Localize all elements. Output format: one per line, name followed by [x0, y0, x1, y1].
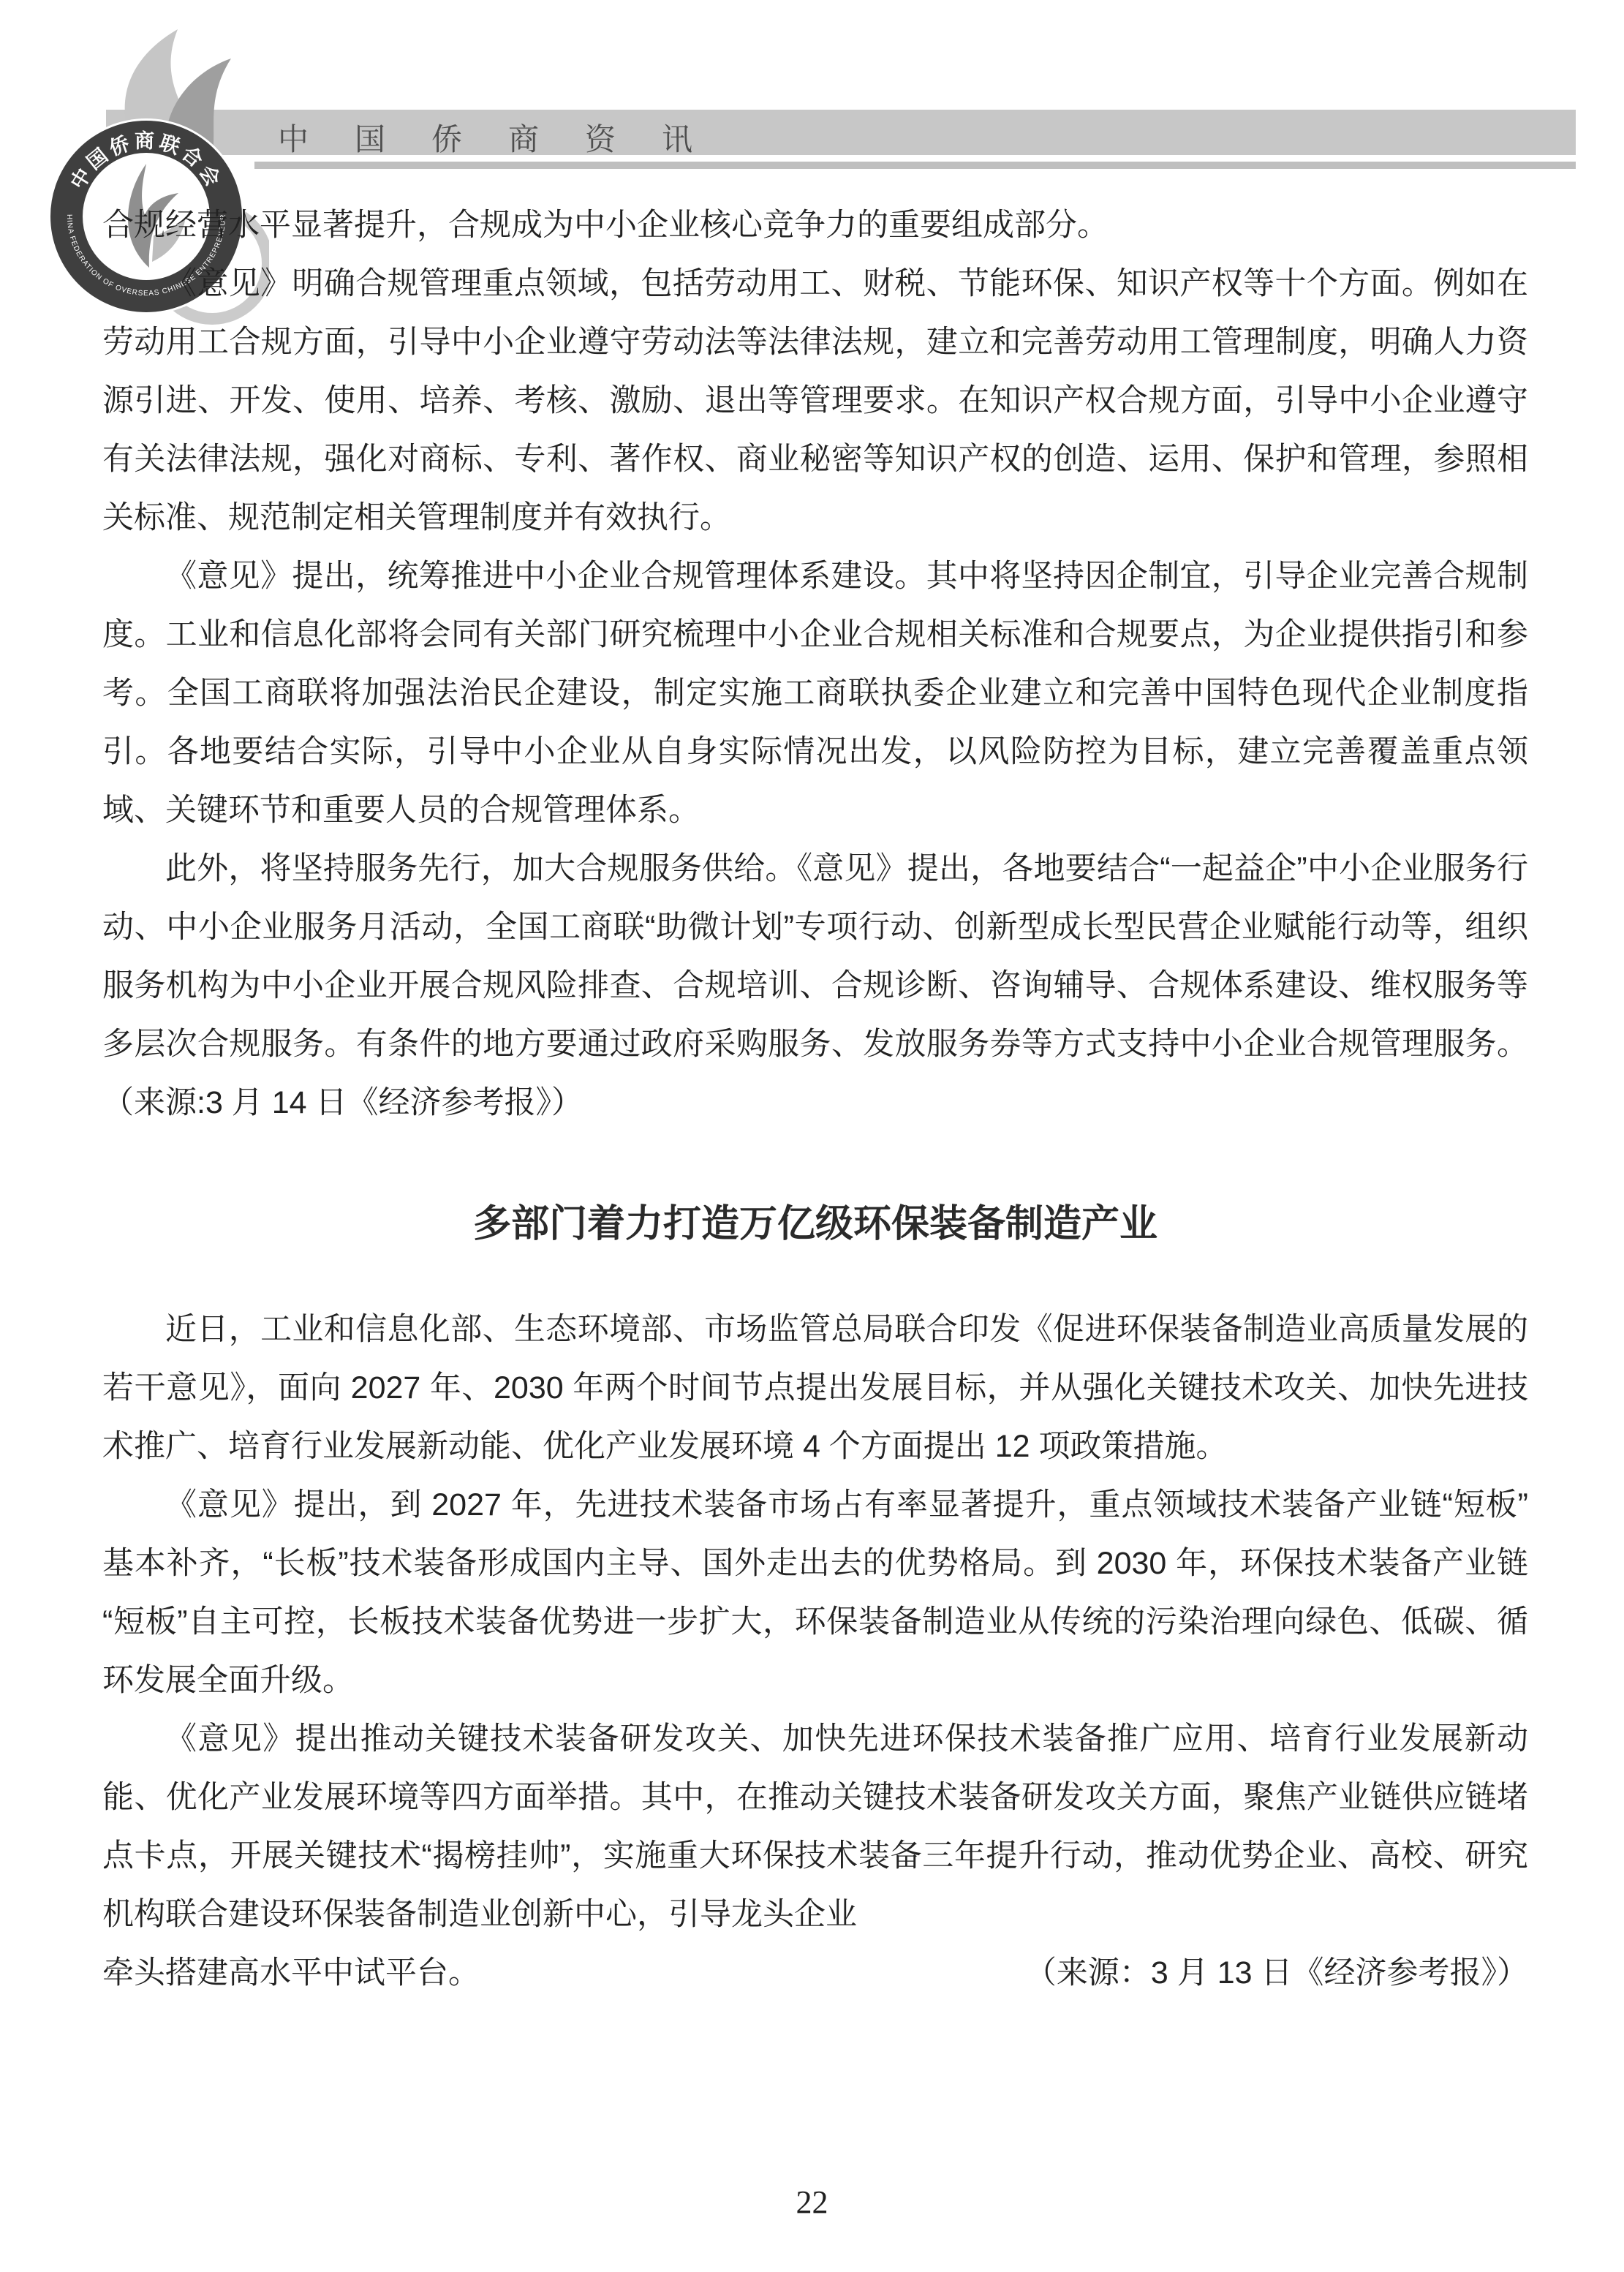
banner-title: 中国侨商资讯 [278, 116, 739, 159]
article2-paragraph: 《意见》提出，到 2027 年，先进技术装备市场占有率显著提升，重点领域技术装备… [102, 1476, 1528, 1710]
article2-last-line: 牵头搭建高水平中试平台。 （来源：3 月 13 日《经济参考报》） [102, 1944, 1528, 2002]
article2-paragraph: 近日，工业和信息化部、生态环境部、市场监管总局联合印发《促进环保装备制造业高质量… [102, 1300, 1528, 1476]
document-page: 中国侨商资讯 中国侨商联合会 CHINA FEDERATION OF OVERS… [0, 0, 1624, 2272]
article2-last-sentence: 牵头搭建高水平中试平台。 [102, 1944, 480, 2002]
header-banner: 中国侨商资讯 [106, 110, 1576, 155]
article1-paragraph: 《意见》提出，统筹推进中小企业合规管理体系建设。其中将坚持因企制宜，引导企业完善… [102, 547, 1528, 839]
header-divider [254, 162, 1576, 169]
article2-paragraph: 《意见》提出推动关键技术装备研发攻关、加快先进环保技术装备推广应用、培育行业发展… [102, 1710, 1528, 1944]
page-number: 22 [0, 2184, 1624, 2221]
page-content: 合规经营水平显著提升，合规成为中小企业核心竞争力的重要组成部分。 《意见》明确合… [102, 196, 1528, 2002]
article1-paragraph: 此外，将坚持服务先行，加大合规服务供给。《意见》提出，各地要结合“一起益企”中小… [102, 839, 1528, 1132]
article2-source: （来源：3 月 13 日《经济参考报》） [1025, 1944, 1528, 2002]
article1-paragraph-continued: 合规经营水平显著提升，合规成为中小企业核心竞争力的重要组成部分。 [102, 196, 1528, 254]
article1-paragraph: 《意见》明确合规管理重点领域，包括劳动用工、财税、节能环保、知识产权等十个方面。… [102, 254, 1528, 547]
article2-title: 多部门着力打造万亿级环保装备制造产业 [102, 1202, 1528, 1246]
